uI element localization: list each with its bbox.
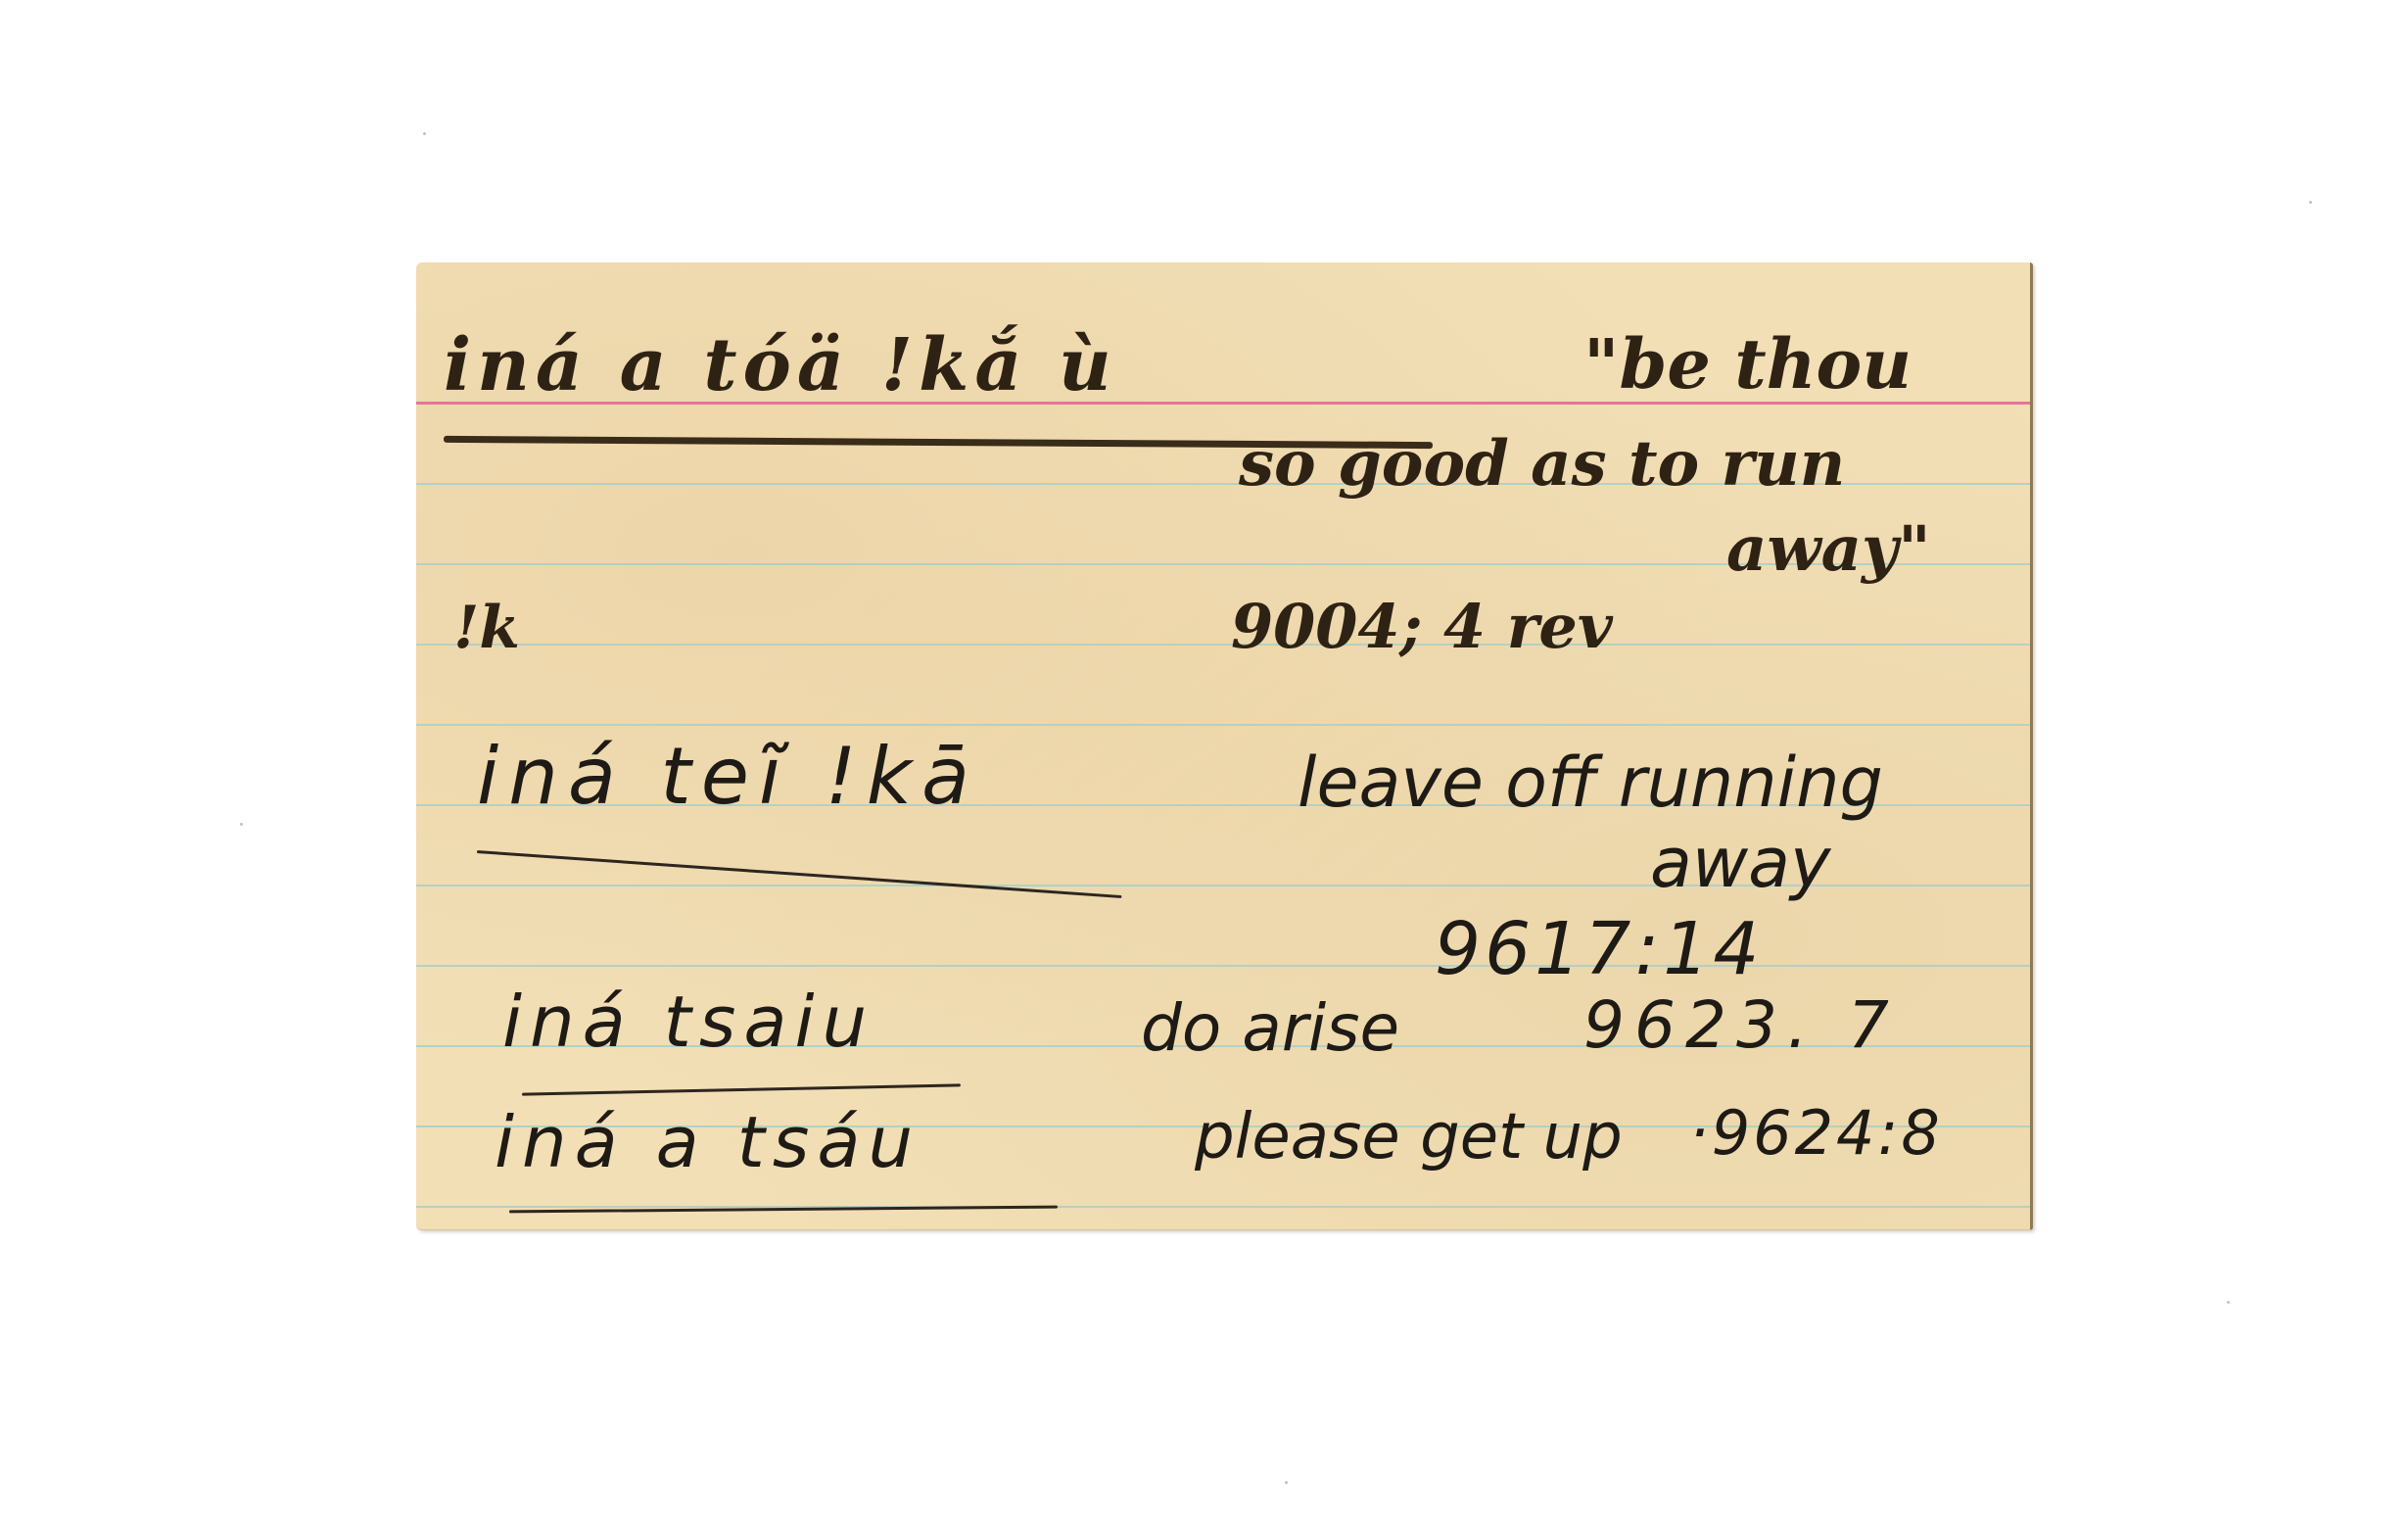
entry-2-term: iná teĩ !kā bbox=[477, 731, 979, 822]
entry-2-gloss-line-2: away bbox=[1650, 823, 1830, 903]
entry-1-gloss-line-1: "be thou bbox=[1583, 323, 1912, 405]
body-rule bbox=[416, 644, 2030, 646]
entry-1-gloss-line-3: away" bbox=[1726, 512, 1931, 586]
entry-1-reference: 9004; 4 rev bbox=[1231, 591, 1613, 662]
entry-4-gloss: please get up bbox=[1195, 1101, 1623, 1174]
speck bbox=[2309, 201, 2312, 204]
speck bbox=[2227, 1301, 2230, 1304]
entry-3-term: iná tsaiu bbox=[502, 981, 874, 1063]
entry-3-underline bbox=[522, 1083, 961, 1095]
entry-1-gloss-line-2: so good as to run bbox=[1239, 427, 1845, 501]
entry-2-underline bbox=[477, 850, 1122, 898]
speck bbox=[423, 132, 426, 135]
entry-2-gloss-line-1: leave off running bbox=[1298, 743, 1883, 823]
entry-4-term: iná a tsáu bbox=[495, 1101, 921, 1183]
entry-3-gloss: do arise bbox=[1141, 990, 1399, 1066]
entry-3-reference: 9623. 7 bbox=[1583, 987, 1899, 1063]
body-rule bbox=[416, 724, 2030, 726]
entry-2-reference: 9617:14 bbox=[1435, 907, 1763, 991]
body-rule bbox=[416, 965, 2030, 967]
speck bbox=[1285, 1481, 1288, 1484]
entry-1-tag: !k bbox=[453, 594, 520, 662]
body-rule bbox=[416, 1206, 2030, 1208]
speck bbox=[240, 823, 243, 826]
index-card: iná a tóä !kắ ù "be thou so good as to r… bbox=[416, 263, 2033, 1230]
entry-1-term: iná a tóä !kắ ù bbox=[444, 323, 1117, 407]
entry-4-reference: ·9624:8 bbox=[1689, 1097, 1943, 1169]
